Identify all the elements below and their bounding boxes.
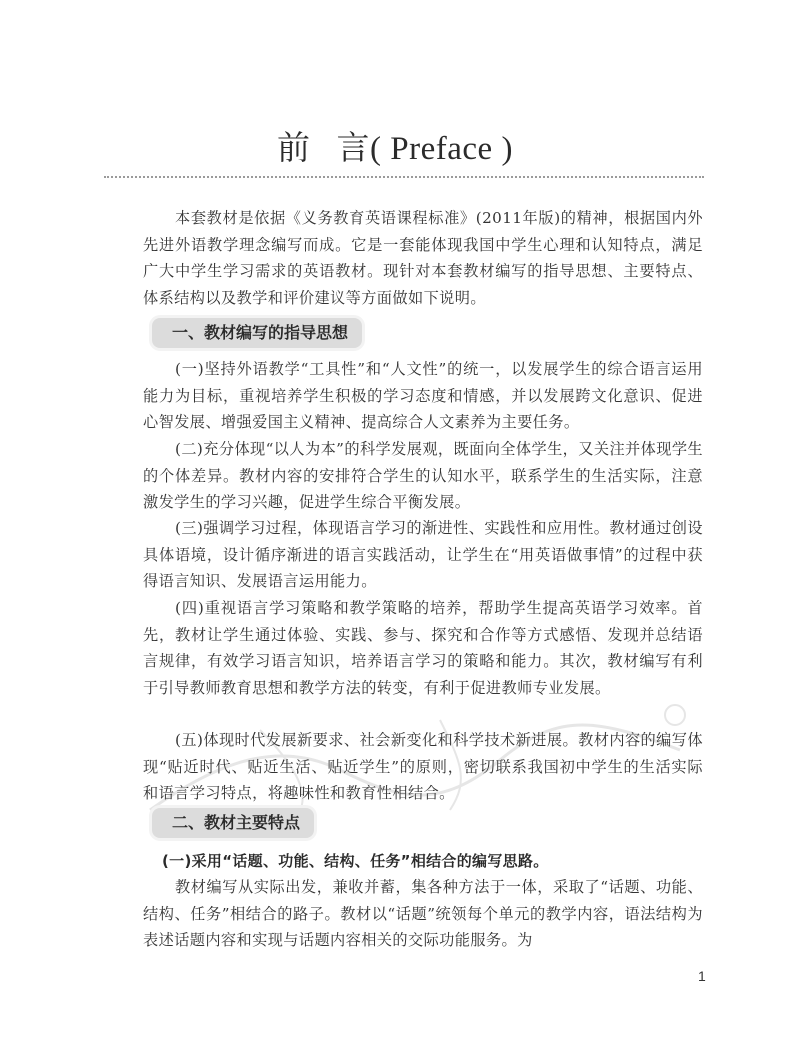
paragraph-principle-2: (二)充分体现“以人为本”的科学发展观，既面向全体学生，又关注并体现学生的个体差… <box>143 436 703 516</box>
section-heading-main-features: 二、教材主要特点 <box>152 808 314 838</box>
page-number: 1 <box>698 968 706 984</box>
paragraph-principle-3: (三)强调学习过程，体现语言学习的渐进性、实践性和应用性。教材通过创设具体语境，… <box>143 515 703 595</box>
subheading-feature-1: (一)采用“话题、功能、结构、任务”相结合的编写思路。 <box>162 850 549 871</box>
title-cn-1: 前 <box>277 131 311 167</box>
paragraph-principle-1: (一)坚持外语教学“工具性”和“人文性”的统一，以发展学生的综合语言运用能力为目… <box>143 356 703 436</box>
intro-paragraph: 本套教材是依据《义务教育英语课程标准》(2011年版)的精神，根据国内外先进外语… <box>143 205 703 311</box>
title-en: ( Preface ) <box>370 131 513 167</box>
title-divider <box>104 176 704 178</box>
paragraph-principle-4: (四)重视语言学习策略和教学策略的培养，帮助学生提高英语学习效率。首先，教材让学… <box>143 595 703 701</box>
page-title: 前言( Preface ) <box>0 122 790 169</box>
paragraph-feature-1: 教材编写从实际出发，兼收并蓄，集各种方法于一体，采取了“话题、功能、结构、任务”… <box>143 874 703 954</box>
section-heading-guiding-principles: 一、教材编写的指导思想 <box>152 318 362 348</box>
paragraph-principle-5: (五)体现时代发展新要求、社会新变化和科学技术新进展。教材内容的编写体现“贴近时… <box>143 727 703 807</box>
title-cn-2: 言 <box>337 131 371 167</box>
